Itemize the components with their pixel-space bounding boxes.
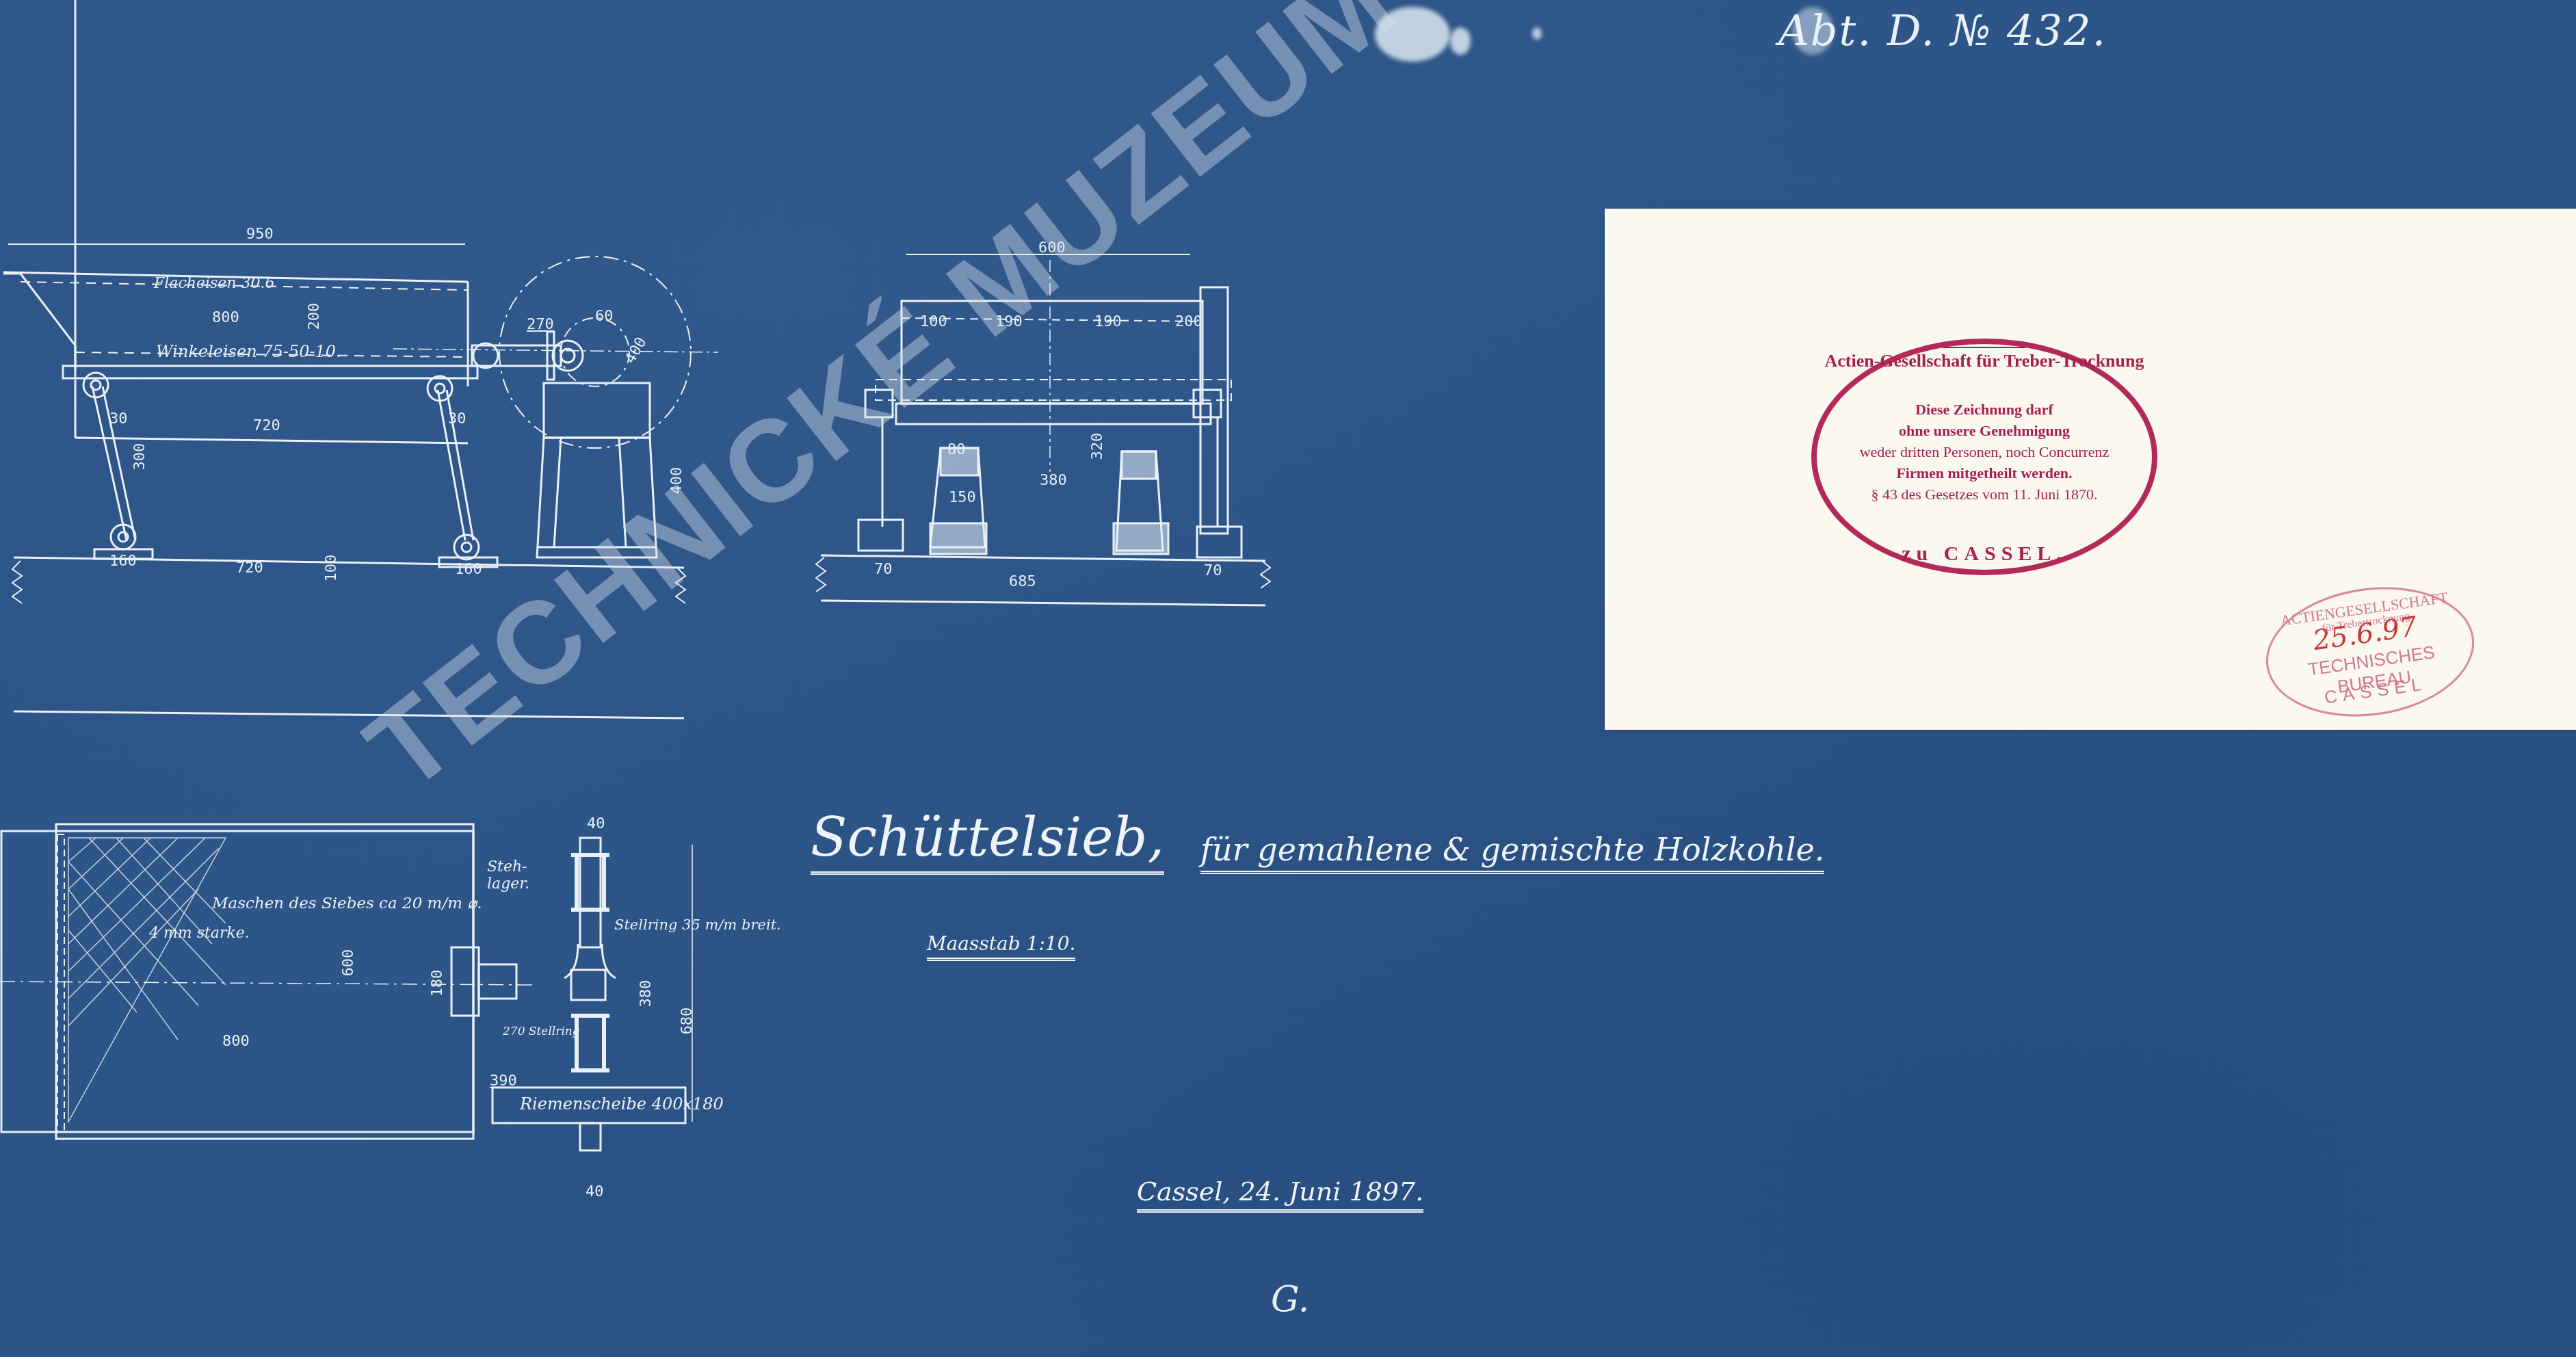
dim-30b: 30 [448, 410, 466, 427]
stamp-line: § 43 des Gesetzes vom 11. Juni 1870. [1817, 484, 2152, 505]
dim-390: 390 [490, 1072, 517, 1090]
drawing-title: Schüttelsieb, [811, 807, 1164, 875]
stamp-divider [1943, 347, 2025, 348]
dim-160: 160 [109, 553, 137, 570]
dim-70b: 70 [1204, 562, 1222, 579]
dim-100: 100 [323, 555, 340, 582]
dim-40-bottom: 40 [586, 1183, 604, 1200]
dim-950: 950 [246, 226, 274, 243]
dim-600: 600 [340, 949, 357, 977]
dim-150: 150 [949, 489, 976, 506]
stamp-line: Diese Zeichnung darf [1817, 399, 2152, 420]
stamp-line: Firmen mitgetheilt werden. [1817, 462, 2152, 484]
front-view-drawing [816, 254, 1270, 605]
stamp-ring-text: Actien-Gesellschaft für Treber-Trocknung [1817, 351, 2152, 371]
drawing-scale: Maasstab 1:10. [927, 932, 1075, 961]
dim-190b: 190 [1094, 313, 1122, 330]
company-stamp: Actien-Gesellschaft für Treber-Trocknung… [1811, 339, 2157, 575]
dim-190a: 190 [995, 313, 1023, 330]
dim-800: 800 [222, 1033, 250, 1050]
stamp-line: ohne unsere Genehmigung [1817, 420, 2152, 441]
dim-160b: 160 [455, 561, 482, 578]
place-date: Cassel, 24. Juni 1897. [1137, 1176, 1423, 1213]
side-view-drawing [3, 0, 718, 718]
label-stellring: Stellring 35 m/m breit. [614, 917, 781, 933]
dim-200: 200 [306, 303, 323, 330]
dim-80: 80 [947, 441, 966, 458]
signature-initial: G. [1271, 1279, 1309, 1320]
label-riemenscheibe: Riemenscheibe 400x180 [520, 1094, 724, 1114]
dim-300: 300 [131, 443, 148, 471]
label-mesh-size: Maschen des Siebes ca 20 m/m ⌀. [212, 895, 482, 912]
dim-180: 180 [429, 970, 446, 997]
dim-380: 380 [1040, 472, 1067, 489]
dim-200: 200 [1175, 313, 1202, 330]
dim-685: 685 [1009, 573, 1036, 590]
label-flacheisen: Flacheisen 30.6 [154, 275, 274, 292]
drawing-subtitle: für gemahlene & gemischte Holzkohle. [1200, 831, 1824, 874]
dim-380: 380 [638, 980, 655, 1007]
dim-600: 600 [1038, 239, 1066, 256]
label-winkeleisen: Winkeleisen 75-50-10. [156, 342, 341, 361]
dim-720b: 720 [236, 559, 263, 577]
stamp-line: weder dritten Personen, noch Concurrenz [1817, 441, 2152, 462]
dim-400-height: 400 [668, 467, 685, 495]
dim-60: 60 [595, 308, 614, 325]
dim-270: 270 [527, 316, 554, 333]
label-wire-thickness: 4 mm starke. [149, 925, 250, 942]
dim-800: 800 [212, 309, 239, 326]
dim-100: 100 [920, 313, 947, 330]
stamp-footer: zu CASSEL. [1817, 542, 2152, 566]
dim-70a: 70 [874, 561, 893, 578]
label-stehlager: Steh-lager. [487, 858, 535, 893]
stamp-body: Diese Zeichnung darf ohne unsere Genehmi… [1817, 399, 2152, 505]
dim-720: 720 [253, 417, 280, 434]
dim-30: 30 [109, 410, 128, 427]
mesh-hatch [68, 838, 226, 1122]
dim-320: 320 [1089, 433, 1106, 460]
dim-680: 680 [679, 1007, 696, 1035]
label-270-stellring: 270 Stellring [503, 1025, 580, 1038]
dim-40-top: 40 [587, 815, 605, 832]
